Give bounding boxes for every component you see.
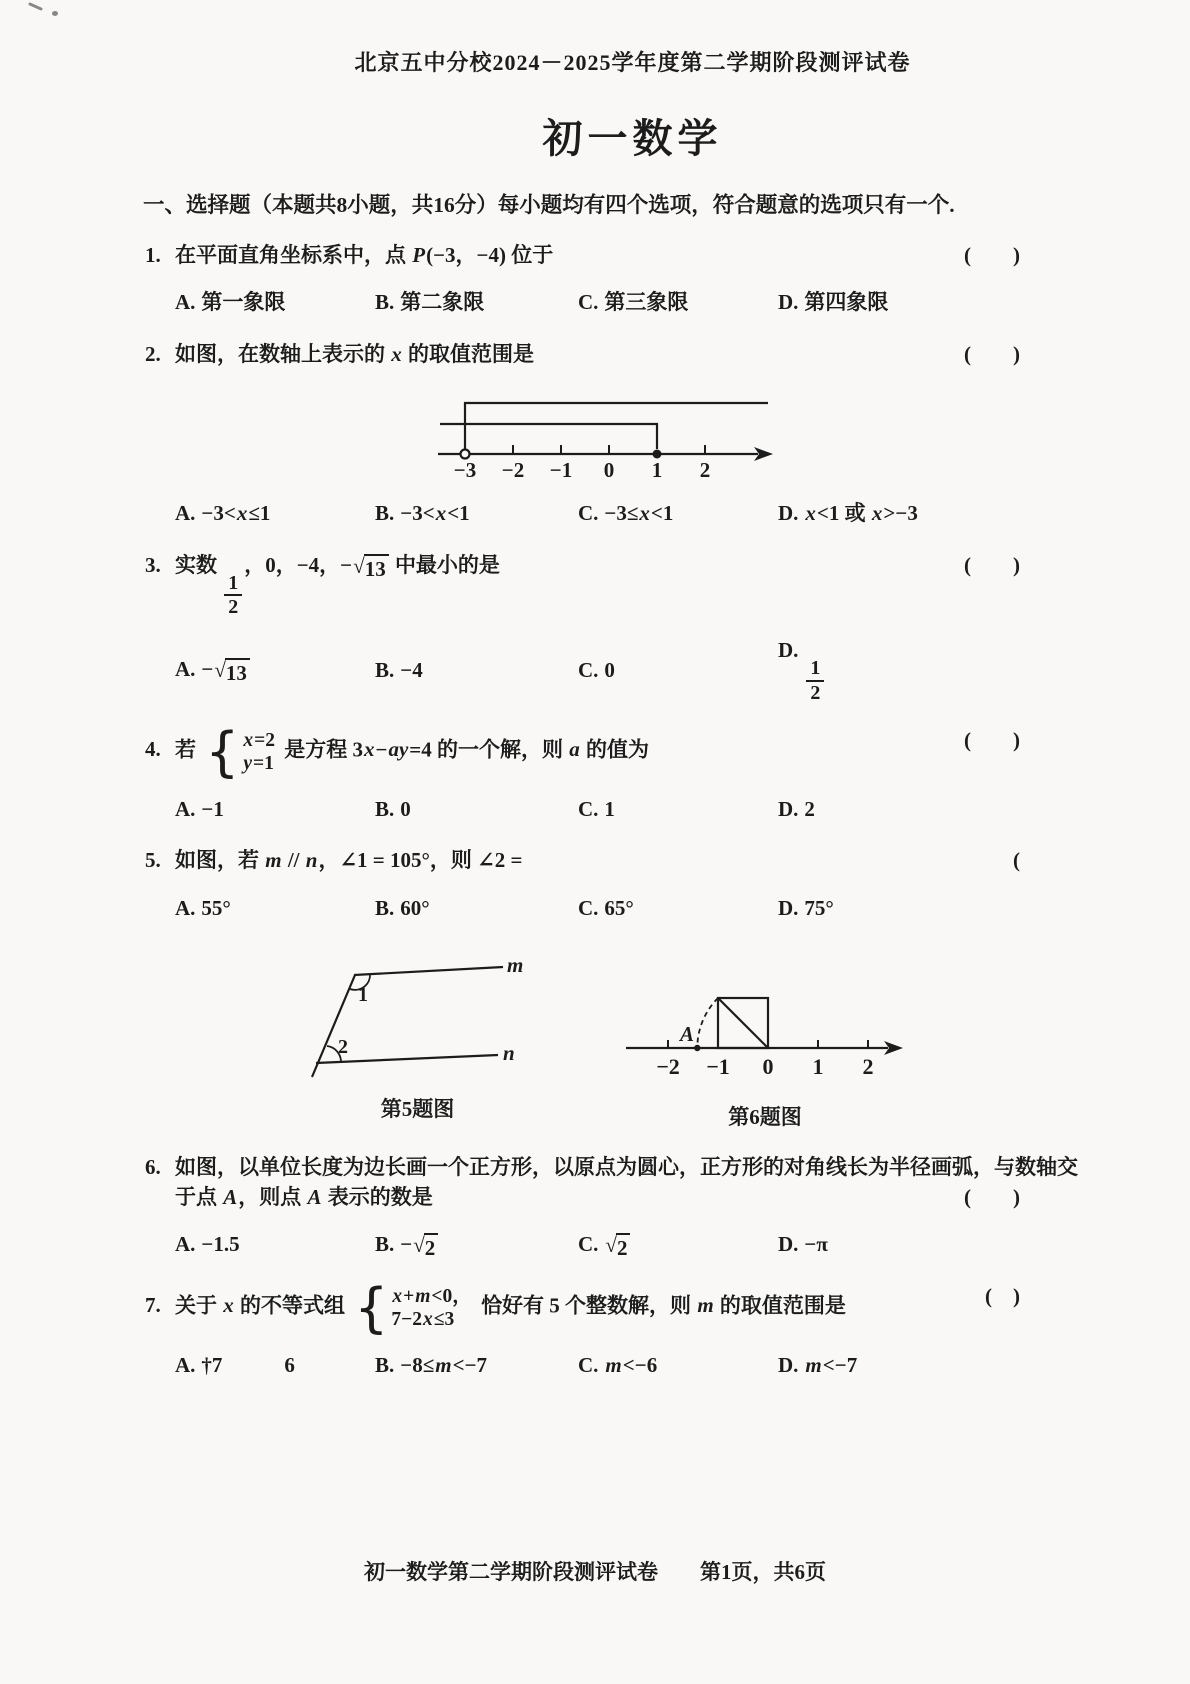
option-label: A. — [175, 1353, 195, 1377]
axis-ticks — [513, 445, 705, 454]
system-rows: x=2y=1 — [242, 729, 275, 775]
tick-label: 1 — [652, 458, 663, 481]
math-variable: m — [604, 1353, 622, 1377]
option-c: C.65° — [578, 894, 778, 923]
options-row: A.†76B.−8≤m<−7C.m<−6D.m<−7 — [175, 1351, 1120, 1380]
fraction: 12 — [224, 573, 242, 619]
options-row: A.−√13B.−4C.0D.12 — [175, 636, 1120, 704]
math-text: 恰好有 5 个整数解，则 — [476, 1293, 697, 1317]
option-label: B. — [375, 797, 394, 821]
radical-sign: √ — [214, 659, 226, 682]
math-variable: m — [696, 1293, 714, 1317]
math-text: 在平面直角坐标系中，点 — [175, 243, 411, 267]
math-text: <0， — [431, 1286, 471, 1307]
question-text: 5.如图，若 m // n，∠1 = 105°，则 ∠2 = — [145, 846, 522, 875]
option-a: A.55° — [175, 894, 375, 923]
tick-label: 2 — [700, 458, 711, 481]
question-line: 1.在平面直角坐标系中，点 P(−3，−4) 位于( ) — [145, 241, 1120, 270]
math-text: =4 的一个解，则 — [409, 737, 568, 761]
math-text: 6 — [284, 1353, 295, 1377]
question-text: 7.关于 x 的不等式组 {x+m<0，7−2x≤3 恰好有 5 个整数解，则 … — [145, 1282, 846, 1333]
math-text: 关于 — [175, 1293, 222, 1317]
question-number: 1. — [145, 241, 175, 270]
page-footer: 初一数学第二学期阶段测评试卷 第1页，共6页 — [0, 1556, 1190, 1586]
question-number: 7. — [145, 1291, 175, 1320]
tick-label: 2 — [863, 1054, 874, 1079]
line-m — [354, 967, 503, 975]
options-row: A.第一象限B.第二象限C.第三象限D.第四象限 — [175, 288, 1120, 317]
scan-artifact — [28, 2, 43, 11]
questions-container: 1.在平面直角坐标系中，点 P(−3，−4) 位于( )A.第一象限B.第二象限… — [145, 241, 1120, 1380]
option-a: A.−√13 — [175, 655, 375, 685]
option-label: B. — [375, 1232, 394, 1256]
math-variable: x — [422, 1309, 434, 1330]
math-text: †7 — [201, 1353, 222, 1377]
tick-label: −3 — [454, 458, 476, 481]
question-text: 4.若 {x=2y=1 是方程 3x−ay=4 的一个解，则 a 的值为 — [145, 726, 649, 777]
scan-artifact — [52, 11, 58, 16]
system-row: x+m<0， — [391, 1285, 471, 1308]
math-text: 7−2 — [391, 1309, 422, 1330]
tick-label: 1 — [813, 1054, 824, 1079]
math-text: 于点 — [175, 1185, 222, 1209]
angle1-label: 1 — [358, 984, 368, 1006]
left-brace: { — [205, 727, 239, 778]
answer-parentheses: ( ) — [964, 241, 1020, 270]
point-a-dot — [694, 1045, 700, 1051]
fraction-numerator: 1 — [224, 573, 242, 597]
exam-title: 初一数学 — [145, 107, 1120, 164]
math-text: // — [283, 848, 305, 872]
math-text: −4 — [400, 658, 422, 682]
math-text: 65° — [604, 896, 633, 920]
option-d: D.75° — [778, 894, 1120, 923]
math-text: 的不等式组 — [235, 1293, 351, 1317]
tick-labels: −2 −1 0 1 2 — [656, 1054, 873, 1079]
math-text: − — [400, 1232, 412, 1256]
question-line: 3.实数 12，0，−4，−√13 中最小的是( ) — [145, 551, 1120, 619]
math-variable: n — [305, 848, 319, 872]
option-label: D. — [778, 501, 798, 525]
math-variable: x — [391, 1286, 403, 1307]
question-text: 1.在平面直角坐标系中，点 P(−3，−4) 位于 — [145, 241, 553, 270]
square-root: √13 — [353, 554, 389, 581]
math-text: 1 — [604, 797, 615, 821]
option-label: D. — [778, 896, 798, 920]
math-variable: a — [568, 737, 581, 761]
math-variable: m — [264, 848, 282, 872]
math-text: 60° — [400, 896, 429, 920]
fraction: 12 — [806, 658, 824, 704]
option-label: D. — [778, 797, 798, 821]
option-b: B.第二象限 — [375, 288, 578, 317]
math-variable: x — [222, 1293, 235, 1317]
math-text: 0 — [604, 658, 615, 682]
math-text: ≤1 — [248, 501, 270, 525]
math-text: 表示的数是 — [323, 1185, 433, 1209]
math-text: <1 — [651, 501, 673, 525]
math-text: <1 — [447, 501, 469, 525]
option-label: A. — [175, 290, 195, 314]
math-text: −π — [804, 1232, 827, 1256]
question-line: 5.如图，若 m // n，∠1 = 105°，则 ∠2 =( — [145, 846, 1120, 875]
answer-parentheses: ( ) — [964, 340, 1020, 369]
math-text: −1 — [201, 797, 223, 821]
option-a: A.†76 — [175, 1351, 375, 1380]
math-text: 第三象限 — [604, 290, 688, 314]
option-label: A. — [175, 501, 195, 525]
math-text: <−6 — [623, 1353, 657, 1377]
math-text: 中最小的是 — [390, 553, 500, 577]
option-a: A.−1.5 — [175, 1230, 375, 1259]
option-label: A. — [175, 657, 195, 681]
tick-labels: −3 −2 −1 0 1 2 — [454, 458, 710, 481]
radical-sign: √ — [413, 1234, 425, 1257]
option-label: A. — [175, 896, 195, 920]
fraction-numerator: 1 — [806, 658, 824, 682]
question-3: 3.实数 12，0，−4，−√13 中最小的是( )A.−√13B.−4C.0D… — [145, 551, 1120, 705]
math-text: 是方程 3 — [279, 737, 363, 761]
option-b: B.−4 — [375, 656, 578, 685]
math-text: =1 — [253, 753, 274, 774]
radical-sign: √ — [353, 555, 365, 578]
answer-parentheses: ( ) — [964, 551, 1020, 580]
option-b: B.−8≤m<−7 — [375, 1351, 578, 1380]
math-text: >−3 — [883, 501, 917, 525]
math-text: <−7 — [453, 1353, 487, 1377]
system-row: x=2 — [242, 729, 275, 752]
option-label: C. — [578, 1353, 598, 1377]
math-text: + — [403, 1286, 414, 1307]
math-text: 若 — [175, 737, 201, 761]
equation-system: {x=2y=1 — [205, 726, 275, 777]
tick-label: 0 — [604, 458, 615, 481]
question2-numberline-figure: −3 −2 −1 0 1 2 — [430, 377, 1120, 481]
option-label: B. — [375, 501, 394, 525]
math-text: 如图，以单位长度为边长画一个正方形，以原点为圆心，正方形的对角线长为半径画弧，与… — [175, 1155, 1078, 1179]
parallel-lines-svg: 1 2 m n — [300, 953, 535, 1083]
math-text: −8≤ — [400, 1353, 434, 1377]
options-row: A.−3<x≤1B.−3<x<1C.−3≤x<1D.x<1 或 x>−3 — [175, 499, 1120, 528]
math-variable: A — [307, 1185, 323, 1209]
question-5: 5.如图，若 m // n，∠1 = 105°，则 ∠2 =(A.55°B.60… — [145, 846, 1120, 923]
line-n-label: n — [503, 1041, 515, 1065]
option-c: C.第三象限 — [578, 288, 778, 317]
option-c: C.m<−6 — [578, 1351, 778, 1380]
footer-title: 初一数学第二学期阶段测评试卷 — [364, 1556, 658, 1586]
question-4: 4.若 {x=2y=1 是方程 3x−ay=4 的一个解，则 a 的值为( )A… — [145, 726, 1120, 824]
option-label: C. — [578, 501, 598, 525]
system-row: 7−2x≤3 — [391, 1308, 454, 1331]
option-a: A.−3<x≤1 — [175, 499, 375, 528]
option-d: D.12 — [778, 636, 1120, 704]
math-text: 0 — [400, 797, 411, 821]
tick-label: −2 — [656, 1054, 680, 1079]
option-d: D.−π — [778, 1230, 1120, 1259]
fraction-denominator: 2 — [228, 596, 238, 618]
math-variable: x — [435, 501, 448, 525]
question6-figure-block: A −2 −1 0 1 2 第6题图 — [620, 953, 910, 1131]
option-label: B. — [375, 896, 394, 920]
option-label: C. — [578, 797, 598, 821]
math-variable: P — [411, 243, 426, 267]
option-b: B.60° — [375, 894, 578, 923]
options-row: A.−1.5B.−√2C.√2D.−π — [175, 1230, 1120, 1260]
math-text: − — [375, 737, 387, 761]
math-variable: m — [414, 1286, 431, 1307]
option-label: C. — [578, 290, 598, 314]
numberline-svg: −3 −2 −1 0 1 2 — [430, 377, 774, 481]
dashed-arc — [697, 998, 718, 1048]
option-d: D.m<−7 — [778, 1351, 1120, 1380]
question-6: 6.如图，以单位长度为边长画一个正方形，以原点为圆心，正方形的对角线长为半径画弧… — [145, 1153, 1120, 1260]
answer-parentheses: ( — [1013, 846, 1020, 875]
option-label: C. — [578, 896, 598, 920]
math-text: <−7 — [823, 1353, 857, 1377]
system-row: y=1 — [242, 752, 274, 775]
math-text: 的取值范围是 — [403, 342, 534, 366]
question-text: 于点 A，则点 A 表示的数是 — [145, 1183, 433, 1212]
math-variable: ay — [387, 737, 409, 761]
math-text: ，∠1 = 105°，则 ∠2 = — [318, 848, 522, 872]
math-text: ，则点 — [238, 1185, 306, 1209]
math-variable: x — [363, 737, 376, 761]
option-label: B. — [375, 1353, 394, 1377]
math-variable: x — [638, 501, 651, 525]
ray-greater-than-minus3 — [465, 403, 768, 449]
answer-parentheses: ( ) — [985, 1282, 1020, 1311]
radicand: 2 — [616, 1233, 631, 1260]
left-brace: { — [354, 1283, 388, 1334]
question-1: 1.在平面直角坐标系中，点 P(−3，−4) 位于( )A.第一象限B.第二象限… — [145, 241, 1120, 318]
math-text: 的取值范围是 — [715, 1293, 846, 1317]
point-a-label: A — [678, 1022, 694, 1046]
math-text: 如图，若 — [175, 848, 264, 872]
tick-label: −1 — [706, 1054, 730, 1079]
question-text: 3.实数 12，0，−4，−√13 中最小的是 — [145, 551, 500, 619]
question-text: 2.如图，在数轴上表示的 x 的取值范围是 — [145, 340, 534, 369]
math-text: (−3，−4) 位于 — [426, 243, 553, 267]
question-line: 于点 A，则点 A 表示的数是( ) — [145, 1183, 1120, 1212]
option-a: A.−1 — [175, 795, 375, 824]
math-text: 55° — [201, 896, 230, 920]
equation-system: {x+m<0，7−2x≤3 — [354, 1282, 472, 1333]
option-a: A.第一象限 — [175, 288, 375, 317]
angle2-label: 2 — [338, 1036, 348, 1058]
question-text: 6.如图，以单位长度为边长画一个正方形，以原点为圆心，正方形的对角线长为半径画弧… — [145, 1153, 1078, 1182]
math-text: 实数 — [175, 553, 222, 577]
figure5-caption: 第5题图 — [381, 1093, 455, 1123]
answer-parentheses: ( ) — [964, 1183, 1020, 1212]
question-line: 2.如图，在数轴上表示的 x 的取值范围是( ) — [145, 340, 1120, 369]
math-text: ，0，−4，− — [244, 553, 352, 577]
math-text: 第二象限 — [400, 290, 484, 314]
exam-page: 北京五中分校2024－2025学年度第二学期阶段测评试卷 初一数学 一、选择题（… — [0, 0, 1190, 1684]
math-text: − — [201, 657, 213, 681]
option-label: B. — [375, 290, 394, 314]
exam-header: 北京五中分校2024－2025学年度第二学期阶段测评试卷 — [145, 46, 1120, 77]
math-text: ≤3 — [434, 1309, 454, 1330]
option-b: B.−√2 — [375, 1230, 578, 1260]
option-d: D.第四象限 — [778, 288, 1120, 317]
question5-figure-block: 1 2 m n 第5题图 — [300, 953, 535, 1131]
question-number: 5. — [145, 846, 175, 875]
fraction-denominator: 2 — [810, 682, 820, 704]
question-number: 3. — [145, 551, 175, 580]
question-line: 6.如图，以单位长度为边长画一个正方形，以原点为圆心，正方形的对角线长为半径画弧… — [145, 1153, 1120, 1182]
square-root: √13 — [214, 658, 250, 685]
math-variable: x — [871, 501, 884, 525]
radicand: 13 — [364, 554, 389, 581]
option-label: C. — [578, 1232, 598, 1256]
math-variable: x — [236, 501, 249, 525]
option-label: A. — [175, 797, 195, 821]
option-c: C.√2 — [578, 1230, 778, 1260]
math-text: −3≤ — [604, 501, 638, 525]
math-variable: x — [390, 342, 403, 366]
ray-less-equal-1 — [440, 424, 657, 449]
question-line: 7.关于 x 的不等式组 {x+m<0，7−2x≤3 恰好有 5 个整数解，则 … — [145, 1282, 1120, 1333]
answer-parentheses: ( ) — [964, 726, 1020, 755]
math-text: <1 或 — [817, 501, 871, 525]
option-label: D. — [778, 1232, 798, 1256]
tick-label: −2 — [502, 458, 524, 481]
radicand: 2 — [424, 1233, 439, 1260]
math-text: −3< — [201, 501, 235, 525]
option-c: C.0 — [578, 656, 778, 685]
option-c: C.1 — [578, 795, 778, 824]
math-text: 75° — [804, 896, 833, 920]
section-heading: 一、选择题（本题共8小题，共16分）每小题均有四个选项，符合题意的选项只有一个. — [143, 188, 1120, 219]
math-variable: y — [242, 753, 253, 774]
tick-label: 0 — [763, 1054, 774, 1079]
math-variable: x — [804, 501, 817, 525]
math-variable: m — [804, 1353, 822, 1377]
system-rows: x+m<0，7−2x≤3 — [391, 1285, 471, 1331]
option-d: D.x<1 或 x>−3 — [778, 499, 1120, 528]
question-7: 7.关于 x 的不等式组 {x+m<0，7−2x≤3 恰好有 5 个整数解，则 … — [145, 1282, 1120, 1380]
option-c: C.−3≤x<1 — [578, 499, 778, 528]
options-row: A.55°B.60°C.65°D.75° — [175, 894, 1120, 923]
math-text: 2 — [804, 797, 815, 821]
square-root: √2 — [605, 1233, 630, 1260]
math-variable: m — [434, 1353, 452, 1377]
option-b: B.−3<x<1 — [375, 499, 578, 528]
math-text: 第四象限 — [804, 290, 888, 314]
radicand: 13 — [225, 658, 250, 685]
option-b: B.0 — [375, 795, 578, 824]
option-label: C. — [578, 658, 598, 682]
math-text: −1.5 — [201, 1232, 239, 1256]
options-row: A.−1B.0C.1D.2 — [175, 795, 1120, 824]
square-diagonal — [718, 998, 768, 1048]
math-text: 第一象限 — [201, 290, 285, 314]
square-numberline-svg: A −2 −1 0 1 2 — [620, 953, 910, 1091]
math-text: −3< — [400, 501, 434, 525]
question-number: 2. — [145, 340, 175, 369]
option-label: B. — [375, 658, 394, 682]
line-m-label: m — [507, 953, 523, 977]
question-line: 4.若 {x=2y=1 是方程 3x−ay=4 的一个解，则 a 的值为( ) — [145, 726, 1120, 777]
math-variable: A — [222, 1185, 238, 1209]
question-2: 2.如图，在数轴上表示的 x 的取值范围是( ) −3 −2 −1 0 1 2 … — [145, 340, 1120, 529]
math-text: 的值为 — [581, 737, 649, 761]
option-label: D. — [778, 1353, 798, 1377]
option-label: A. — [175, 1232, 195, 1256]
option-label: D. — [778, 638, 798, 662]
option-label: D. — [778, 290, 798, 314]
math-text: 如图，在数轴上表示的 — [175, 342, 390, 366]
question-number: 4. — [145, 735, 175, 764]
radical-sign: √ — [605, 1234, 617, 1257]
tick-label: −1 — [550, 458, 572, 481]
option-d: D.2 — [778, 795, 1120, 824]
question-number: 6. — [145, 1153, 175, 1182]
figure6-caption: 第6题图 — [728, 1101, 802, 1131]
square-root: √2 — [413, 1233, 438, 1260]
footer-page-number: 第1页，共6页 — [700, 1556, 826, 1586]
figures-row: 1 2 m n 第5题图 A −2 — [300, 953, 1120, 1131]
math-variable: x — [242, 730, 254, 751]
math-text: =2 — [254, 730, 275, 751]
